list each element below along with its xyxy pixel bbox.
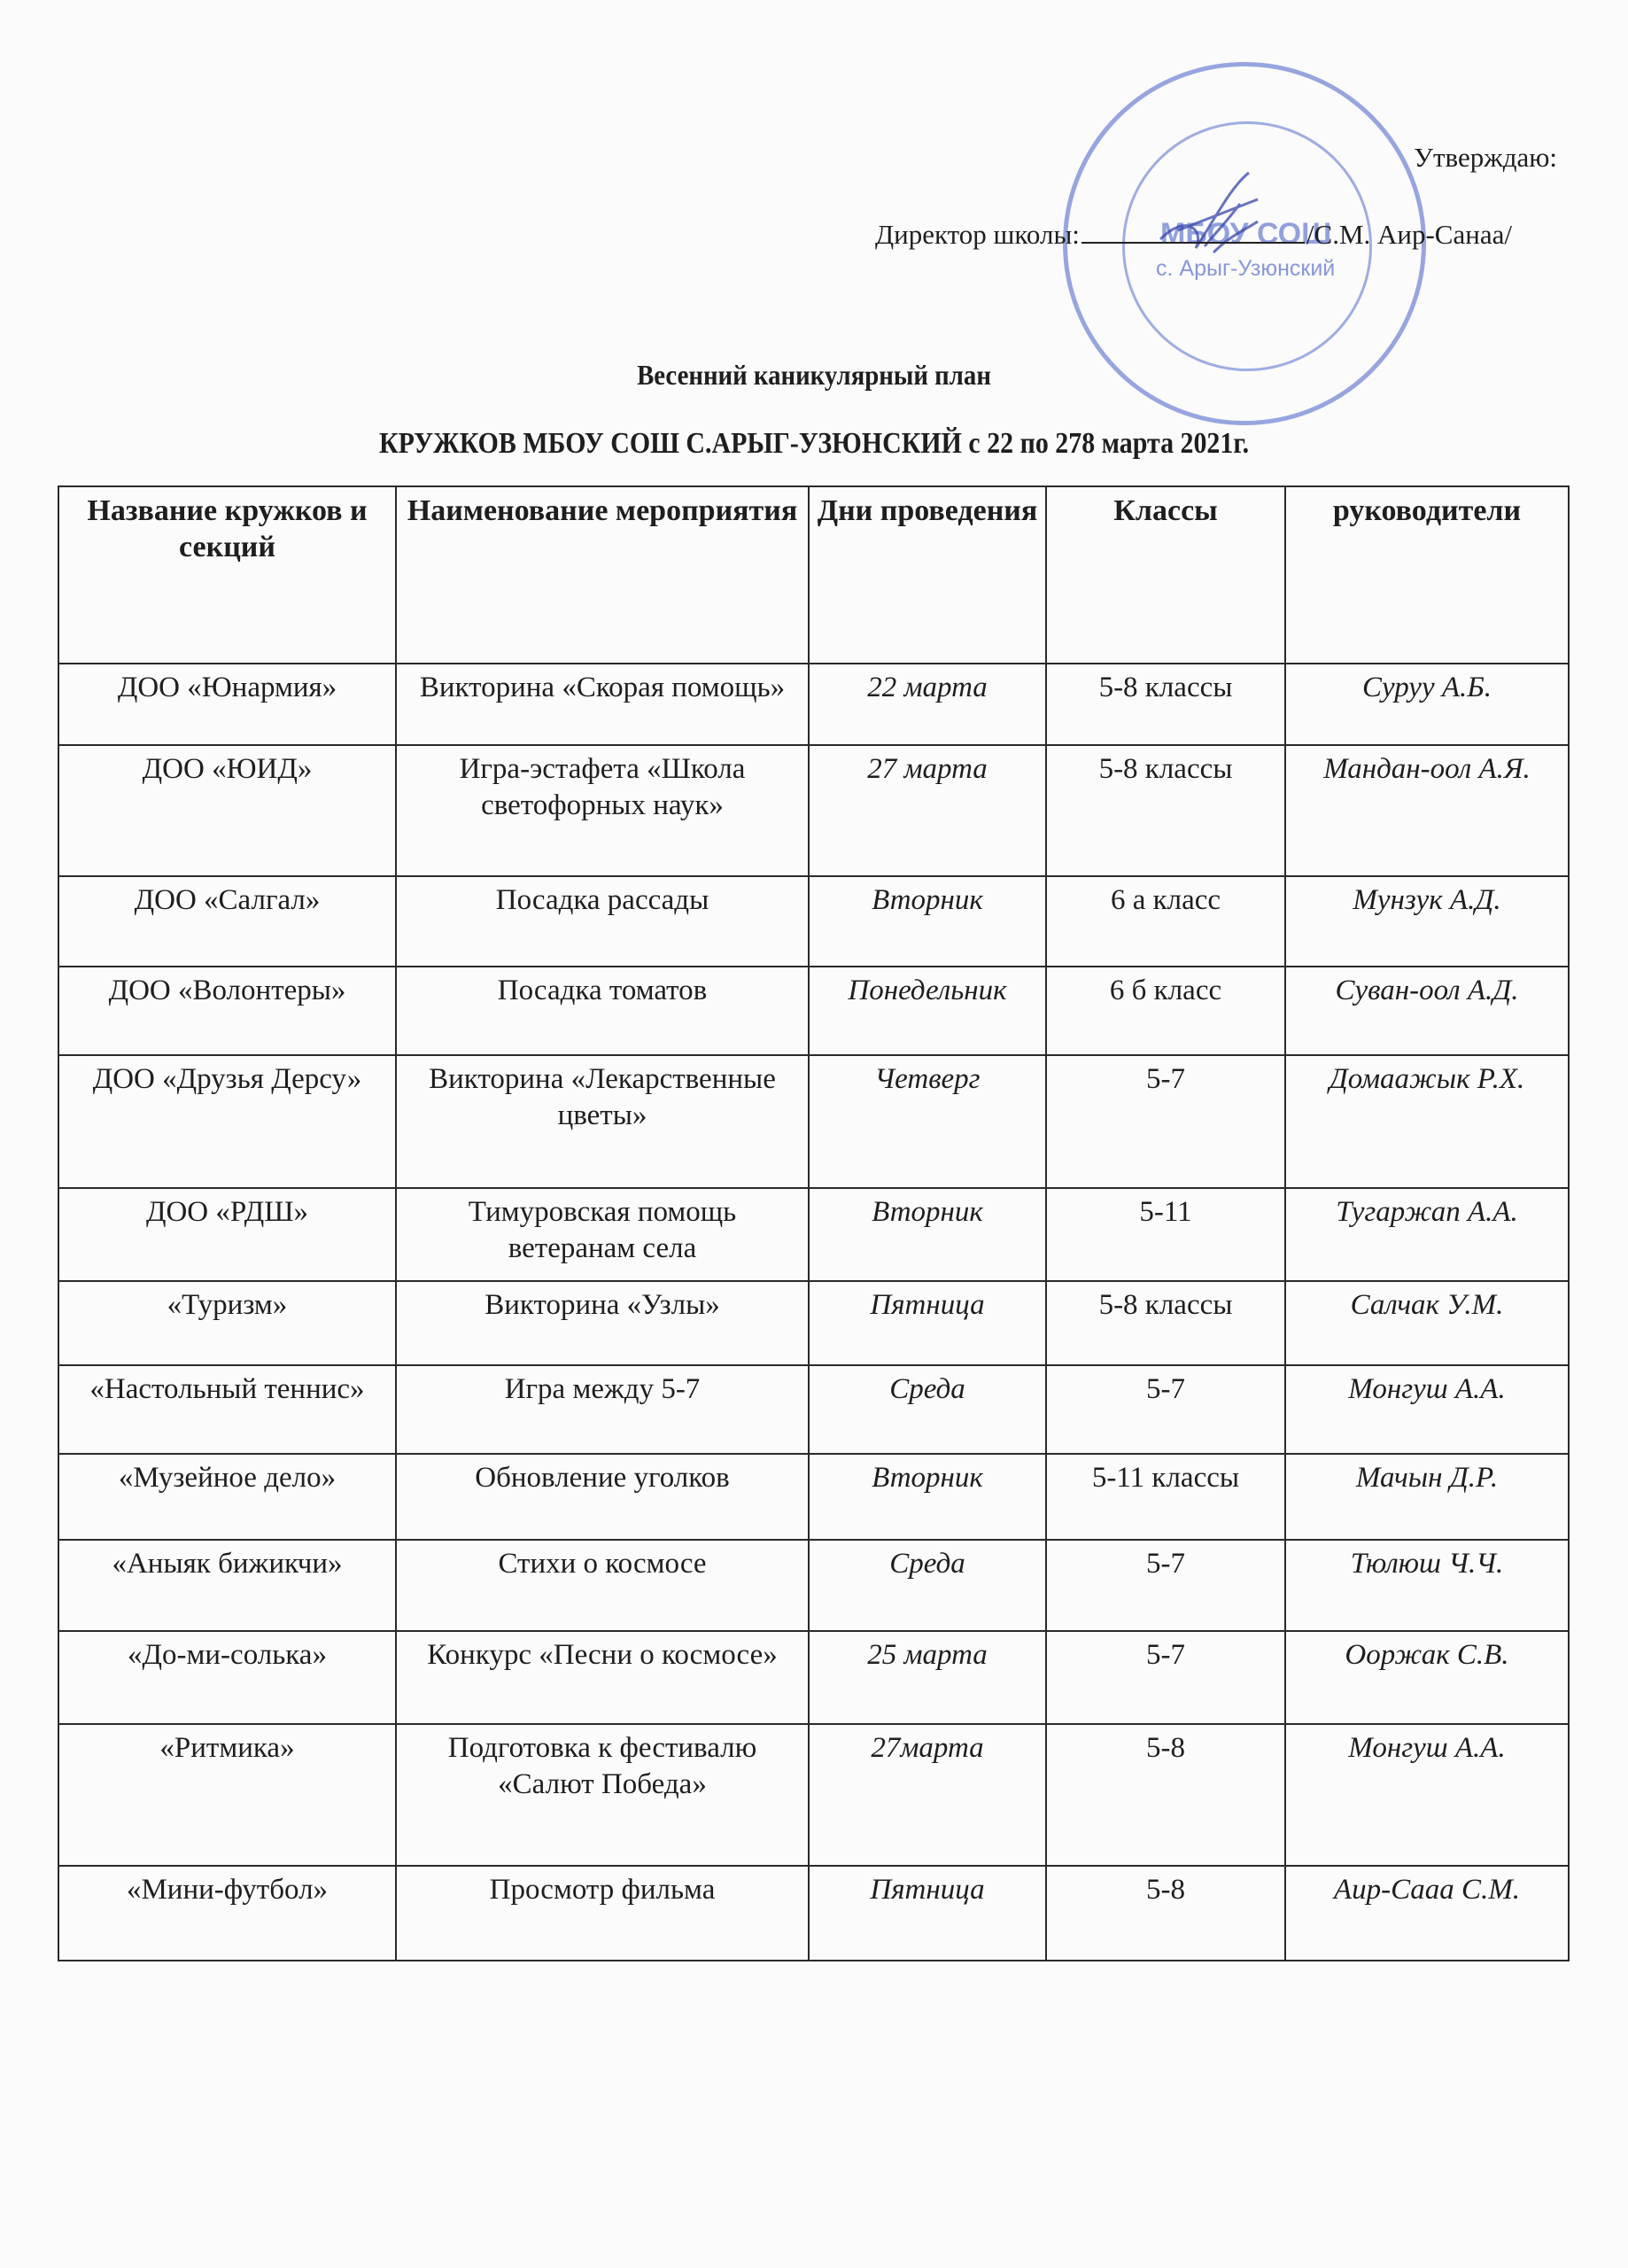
cell-grades: 5-7: [1046, 1631, 1285, 1724]
cell-grades: 5-11: [1046, 1188, 1285, 1281]
cell-leader: Ооржак С.В.: [1285, 1631, 1569, 1724]
cell-day: Вторник: [809, 1188, 1046, 1281]
cell-event: Игра-эстафета «Школа светофорных наук»: [396, 745, 809, 876]
cell-event: Викторина «Узлы»: [396, 1281, 809, 1365]
document-title: Весенний каникулярный план: [81, 359, 1547, 392]
cell-leader: Мандан-оол А.Я.: [1285, 745, 1569, 876]
cell-leader: Мунзук А.Д.: [1285, 876, 1569, 967]
table-row: «Музейное дело»Обновление уголковВторник…: [58, 1454, 1569, 1540]
cell-grades: 5-8: [1046, 1724, 1285, 1866]
cell-event: Обновление уголков: [396, 1454, 809, 1540]
cell-grades: 5-8 классы: [1046, 664, 1285, 745]
signature-line: [1081, 217, 1305, 244]
table-row: ДОО «РДШ»Тимуровская помощь ветеранам се…: [58, 1188, 1569, 1281]
cell-day: 27 марта: [809, 745, 1046, 876]
cell-day: 27марта: [809, 1724, 1046, 1866]
header-grades: Классы: [1046, 486, 1285, 664]
table-row: «До-ми-солька»Конкурс «Песни о космосе»2…: [58, 1631, 1569, 1724]
cell-leader: Аир-Саaa С.М.: [1285, 1866, 1569, 1961]
cell-grades: 6 б класс: [1046, 967, 1285, 1055]
cell-leader: Салчак У.М.: [1285, 1281, 1569, 1365]
activities-table: Название кружков и секций Наименование м…: [58, 485, 1570, 1961]
cell-event: Игра между 5-7: [396, 1365, 809, 1454]
cell-event: Тимуровская помощь ветеранам села: [396, 1188, 809, 1281]
cell-day: 22 марта: [809, 664, 1046, 745]
cell-day: Четверг: [809, 1055, 1046, 1188]
table-row: «Туризм»Викторина «Узлы»Пятница5-8 класс…: [58, 1281, 1569, 1365]
cell-club: ДОО «Салгал»: [58, 876, 396, 967]
cell-grades: 5-8: [1046, 1866, 1285, 1961]
table-row: ДОО «ЮИД»Игра-эстафета «Школа светофорны…: [58, 745, 1569, 876]
director-signature-line: Директор школы:/С.М. Аир-Санаа/: [875, 217, 1512, 251]
cell-club: «Туризм»: [58, 1281, 396, 1365]
table-row: ДОО «Волонтеры»Посадка томатовПонедельни…: [58, 967, 1569, 1055]
table-row: ДОО «Салгал»Посадка рассадыВторник6 а кл…: [58, 876, 1569, 967]
cell-event: Конкурс «Песни о космосе»: [396, 1631, 809, 1724]
director-label: Директор школы:: [875, 219, 1080, 250]
cell-event: Посадка томатов: [396, 967, 809, 1055]
document-subtitle: КРУЖКОВ МБОУ СОШ С.АРЫГ-УЗЮНСКИЙ с 22 по…: [97, 427, 1530, 461]
header-days: Дни проведения: [809, 486, 1046, 664]
cell-grades: 6 а класс: [1046, 876, 1285, 967]
cell-club: «Ритмика»: [58, 1724, 396, 1866]
cell-grades: 5-7: [1046, 1365, 1285, 1454]
cell-event: Посадка рассады: [396, 876, 809, 967]
cell-leader: Суруу А.Б.: [1285, 664, 1569, 745]
approve-label: Утверждаю:: [1414, 142, 1557, 174]
cell-club: ДОО «ЮИД»: [58, 745, 396, 876]
director-name: /С.М. Аир-Санаа/: [1306, 219, 1512, 250]
table-row: ДОО «Друзья Дерсу»Викторина «Лекарственн…: [58, 1055, 1569, 1188]
cell-event: Просмотр фильма: [396, 1866, 809, 1961]
cell-grades: 5-11 классы: [1046, 1454, 1285, 1540]
header-club: Название кружков и секций: [58, 486, 396, 664]
cell-club: ДОО «Юнармия»: [58, 664, 396, 745]
cell-leader: Суван-оол А.Д.: [1285, 967, 1569, 1055]
cell-club: «До-ми-солька»: [58, 1631, 396, 1724]
cell-day: Понедельник: [809, 967, 1046, 1055]
cell-leader: Тугаржап А.А.: [1285, 1188, 1569, 1281]
cell-event: Стихи о космосе: [396, 1540, 809, 1631]
cell-club: ДОО «РДШ»: [58, 1188, 396, 1281]
cell-grades: 5-7: [1046, 1055, 1285, 1188]
cell-club: «Мини-футбол»: [58, 1866, 396, 1961]
cell-day: Среда: [809, 1540, 1046, 1631]
table-row: «Ритмика»Подготовка к фестивалю «Салют П…: [58, 1724, 1569, 1866]
header-leaders: руководители: [1285, 486, 1569, 664]
table-row: «Настольный теннис»Игра между 5-7Среда5-…: [58, 1365, 1569, 1454]
table-row: «Мини-футбол»Просмотр фильмаПятница5-8Аи…: [58, 1866, 1569, 1961]
cell-day: Вторник: [809, 1454, 1046, 1540]
header-event: Наименование мероприятия: [396, 486, 809, 664]
cell-day: Вторник: [809, 876, 1046, 967]
cell-leader: Монгуш А.А.: [1285, 1365, 1569, 1454]
cell-leader: Монгуш А.А.: [1285, 1724, 1569, 1866]
table-row: «Аныяк бижикчи»Стихи о космосеСреда5-7Тю…: [58, 1540, 1569, 1631]
table-row: ДОО «Юнармия»Викторина «Скорая помощь»22…: [58, 664, 1569, 745]
cell-leader: Мачын Д.Р.: [1285, 1454, 1569, 1540]
cell-day: 25 марта: [809, 1631, 1046, 1724]
cell-leader: Тюлюш Ч.Ч.: [1285, 1540, 1569, 1631]
cell-event: Викторина «Лекарственные цветы»: [396, 1055, 809, 1188]
cell-grades: 5-7: [1046, 1540, 1285, 1631]
cell-club: «Настольный теннис»: [58, 1365, 396, 1454]
cell-event: Викторина «Скорая помощь»: [396, 664, 809, 745]
cell-club: ДОО «Друзья Дерсу»: [58, 1055, 396, 1188]
cell-day: Пятница: [809, 1281, 1046, 1365]
cell-day: Пятница: [809, 1866, 1046, 1961]
cell-club: «Аныяк бижикчи»: [58, 1540, 396, 1631]
cell-grades: 5-8 классы: [1046, 745, 1285, 876]
cell-club: ДОО «Волонтеры»: [58, 967, 396, 1055]
cell-leader: Домаажык Р.Х.: [1285, 1055, 1569, 1188]
cell-event: Подготовка к фестивалю «Салют Победа»: [396, 1724, 809, 1866]
cell-grades: 5-8 классы: [1046, 1281, 1285, 1365]
cell-club: «Музейное дело»: [58, 1454, 396, 1540]
cell-day: Среда: [809, 1365, 1046, 1454]
table-header-row: Название кружков и секций Наименование м…: [58, 486, 1569, 664]
